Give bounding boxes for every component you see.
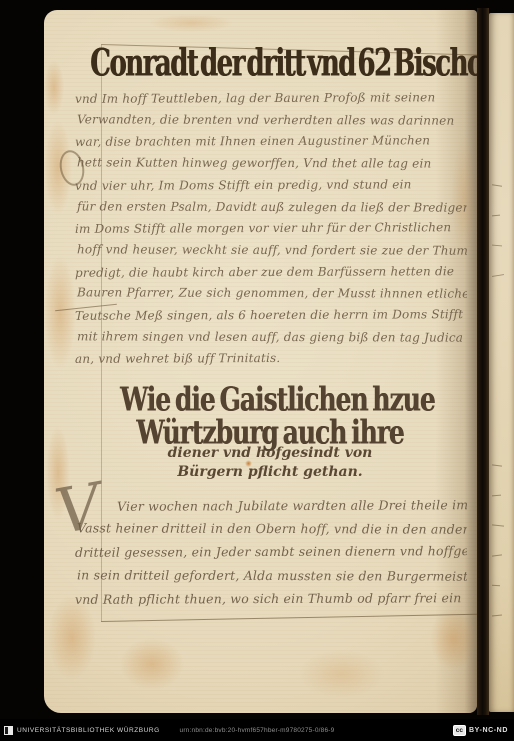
section-subheading-line: Bürgern pflicht gethan.: [120, 463, 420, 482]
facing-page-text-fragment: [492, 464, 502, 466]
manuscript-line: war, dise brachten mit Ihnen einen Augus…: [75, 131, 467, 154]
manuscript-page: Conradt der dritt vnd 62 Bischoff vnd Im…: [44, 10, 477, 713]
facing-page-text-fragment: [492, 585, 500, 587]
license-label: BY-NC-ND: [469, 727, 508, 734]
foxing-stain: [120, 638, 184, 690]
cc-license-badge[interactable]: cc BY-NC-ND: [453, 725, 508, 736]
manuscript-line: für den ersten Psalm, Davidt auß zulegen…: [77, 196, 467, 219]
facing-page-text-fragment: [492, 614, 502, 616]
chapter-heading: Conradt der dritt vnd 62 Bischoff: [90, 42, 477, 86]
manuscript-line: an, vnd wehret biß uff Trinitatis.: [75, 348, 467, 371]
manuscript-line: hoff vnd heuser, weckht sie auff, vnd fo…: [77, 239, 467, 262]
facing-page-text-fragment: [492, 184, 502, 186]
facing-page-text-fragment: [492, 245, 502, 247]
manuscript-line: dritteil gesessen, ein Jeder sambt seine…: [75, 540, 467, 565]
foxing-stain: [299, 650, 384, 698]
facing-page-edge: [489, 13, 514, 712]
footer-bar: UNIVERSITÄTSBIBLIOTHEK WÜRZBURG urn:nbn:…: [0, 719, 514, 741]
paragraph-block-2: Vier wochen nach Jubilate wardten alle D…: [75, 494, 467, 610]
foxing-stain: [149, 14, 234, 32]
facing-page-text-fragment: [492, 554, 502, 556]
manuscript-line: vnd Im hoff Teuttleben, lag der Bauren P…: [75, 88, 467, 111]
book-gutter: [477, 8, 489, 715]
manuscript-line: Verwandten, die brenten vnd verherdten a…: [77, 109, 467, 132]
facing-page-text-fragment: [492, 524, 504, 526]
manuscript-line: mit ihrem singen vnd lesen auff, das gie…: [77, 326, 467, 349]
facing-page-text-fragment: [492, 215, 500, 217]
manuscript-line: Vasst heiner dritteil in den Obern hoff,…: [77, 517, 467, 542]
manuscript-line: Bauren Pfarrer, Zue sich genommen, der M…: [77, 283, 467, 306]
manuscript-line: Vier wochen nach Jubilate wardten alle D…: [117, 494, 467, 518]
manuscript-line: Teutsche Meß singen, als 6 hoereten die …: [75, 304, 467, 327]
facing-page-text-fragment: [492, 495, 501, 497]
manuscript-line: vnd Rath pflicht thuen, wo sich ein Thum…: [75, 586, 467, 610]
library-name: UNIVERSITÄTSBIBLIOTHEK WÜRZBURG: [17, 727, 160, 734]
ruled-line-bottom: [101, 613, 477, 622]
section-heading-line: Würtzburg auch ihre: [120, 411, 420, 454]
manuscript-line: im Doms Stifft alle morgen vor vier uhr …: [75, 217, 467, 240]
manuscript-line: hett sein Kutten hinweg geworffen, Vnd t…: [77, 152, 467, 175]
foxing-stain: [44, 60, 64, 115]
paragraph-block-1: vnd Im hoff Teuttleben, lag der Bauren P…: [75, 88, 467, 370]
manuscript-line: predigt, die haubt kirch aber zue dem Ba…: [75, 261, 467, 284]
library-branding: UNIVERSITÄTSBIBLIOTHEK WÜRZBURG: [4, 726, 160, 735]
library-logo-icon: [4, 726, 13, 735]
manuscript-line: vnd vier uhr, Im Doms Stifft ein predig,…: [75, 174, 467, 197]
manuscript-line: in sein dritteil gefordert, Alda mussten…: [77, 563, 467, 588]
section-heading: Wie die Gaistlichen hzue Würtzburg auch …: [120, 378, 420, 482]
facing-page-text-fragment: [492, 274, 504, 277]
manuscript-scan: Conradt der dritt vnd 62 Bischoff vnd Im…: [0, 0, 514, 741]
urn-identifier: urn:nbn:de:bvb:20-hvmf657hber-m9780275-0…: [180, 727, 335, 734]
cc-icon: cc: [453, 725, 466, 736]
foxing-stain: [44, 255, 76, 370]
